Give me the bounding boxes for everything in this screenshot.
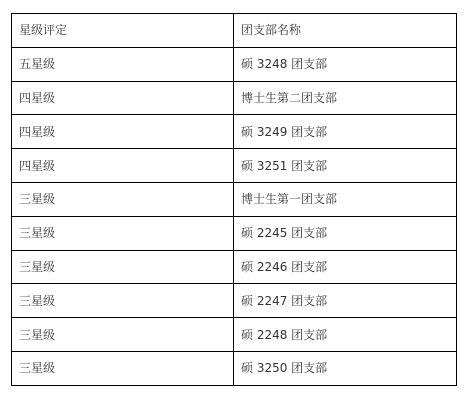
star-rating-cell: 三星级	[12, 284, 234, 318]
star-rating-cell: 三星级	[12, 182, 234, 216]
star-rating-cell: 五星级	[12, 47, 234, 81]
header-star-rating: 星级评定	[12, 14, 234, 48]
branch-name-cell: 博士生第二团支部	[234, 81, 457, 115]
star-rating-cell: 三星级	[12, 318, 234, 352]
table-row: 四星级 硕 3249 团支部	[12, 115, 457, 149]
branch-name-cell: 硕 2245 团支部	[234, 216, 457, 250]
star-rating-cell: 四星级	[12, 81, 234, 115]
table-row: 五星级 硕 3248 团支部	[12, 47, 457, 81]
branch-name-cell: 硕 3250 团支部	[234, 351, 457, 385]
table-row: 三星级 硕 2247 团支部	[12, 284, 457, 318]
star-rating-cell: 三星级	[12, 250, 234, 284]
branch-name-cell: 硕 3251 团支部	[234, 149, 457, 183]
branch-name-cell: 博士生第一团支部	[234, 182, 457, 216]
star-rating-cell: 三星级	[12, 216, 234, 250]
table-row: 三星级 硕 2246 团支部	[12, 250, 457, 284]
branch-name-cell: 硕 3249 团支部	[234, 115, 457, 149]
table-row: 三星级 硕 2245 团支部	[12, 216, 457, 250]
branch-name-cell: 硕 2248 团支部	[234, 318, 457, 352]
table-row: 三星级 硕 2248 团支部	[12, 318, 457, 352]
star-rating-cell: 三星级	[12, 351, 234, 385]
branch-name-cell: 硕 2247 团支部	[234, 284, 457, 318]
branch-name-cell: 硕 3248 团支部	[234, 47, 457, 81]
table-row: 三星级 博士生第一团支部	[12, 182, 457, 216]
star-rating-table: 星级评定 团支部名称 五星级 硕 3248 团支部 四星级 博士生第二团支部 四…	[11, 13, 457, 386]
table-row: 四星级 博士生第二团支部	[12, 81, 457, 115]
header-branch-name: 团支部名称	[234, 14, 457, 48]
star-rating-cell: 四星级	[12, 115, 234, 149]
table-row: 四星级 硕 3251 团支部	[12, 149, 457, 183]
table-row: 三星级 硕 3250 团支部	[12, 351, 457, 385]
table-header-row: 星级评定 团支部名称	[12, 14, 457, 48]
branch-name-cell: 硕 2246 团支部	[234, 250, 457, 284]
star-rating-cell: 四星级	[12, 149, 234, 183]
